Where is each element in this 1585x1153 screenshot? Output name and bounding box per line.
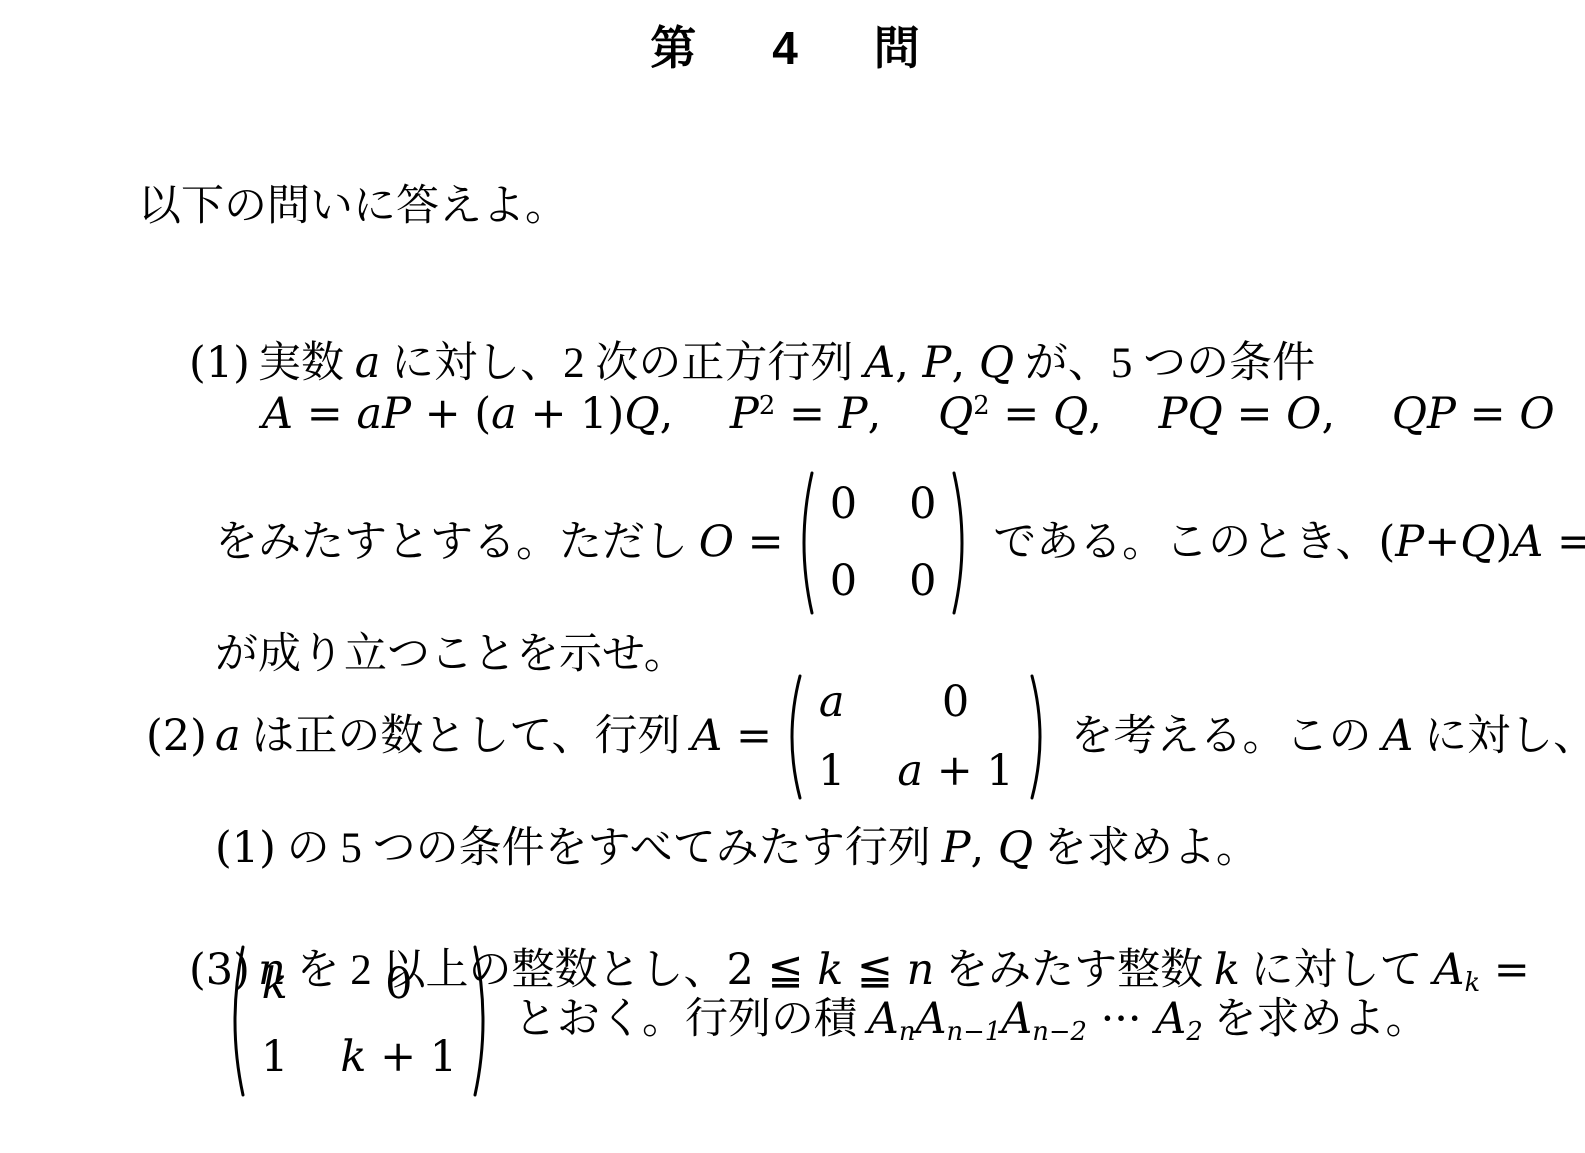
text-run-r: 0: [385, 959, 412, 1009]
text-run-i: A: [262, 389, 293, 439]
text-run-jp: である。このとき、: [982, 519, 1378, 566]
matrix-cell: 0: [385, 963, 412, 1006]
text-run-jp: 以下の問いに答えよ。: [138, 183, 568, 230]
matrix-cell: 0: [942, 681, 969, 724]
text-run-i: a: [355, 338, 381, 388]
item-2-label: (2): [146, 710, 215, 764]
text-run-i: A: [1433, 945, 1464, 995]
text-run-i: k: [340, 1032, 366, 1082]
text-run-r: +: [1424, 517, 1460, 567]
text-run-i: Q: [979, 338, 1014, 388]
matrix-cell: 0: [909, 483, 936, 526]
text-run-i: k: [262, 959, 288, 1009]
text-run-i: a: [819, 677, 845, 727]
text-run-sub: n−2: [1032, 1017, 1087, 1047]
text-run-i: A: [868, 994, 899, 1044]
text-run-sub: k: [1464, 968, 1480, 998]
text-run-jp: を求めよ。: [1033, 825, 1259, 872]
matrix-Ak: k 0 1 k + 1: [223, 942, 495, 1100]
text-run-i: A: [1001, 994, 1032, 1044]
text-run-i: Q: [938, 389, 973, 439]
text-run-sub: n−1: [947, 1017, 1002, 1047]
text-run-i: aP: [356, 389, 411, 439]
item-2-line: (2) a は正の数として、行列 A = a 0 1 a + 1 を考える。この…: [146, 668, 1585, 806]
matrix-cell: 1: [261, 1036, 288, 1079]
text-run-i: A: [691, 711, 722, 761]
text-run-sub: n: [899, 1017, 916, 1047]
text-run-r: =: [1480, 945, 1530, 995]
conditions-equation: A = aP + (a + 1)Q, P2 = P, Q2 = Q, PQ = …: [262, 388, 1555, 442]
text-run-r: + 1: [923, 746, 1014, 796]
text-run-r: 0: [909, 479, 936, 529]
text-run-r: ): [1495, 517, 1512, 567]
text-run-i: PQ: [1159, 389, 1223, 439]
text-run-i: P: [942, 823, 971, 873]
text-run-r: ,: [895, 338, 922, 388]
text-run-i: a: [491, 389, 517, 439]
text-run-jp: をみたすとする。ただし: [215, 519, 699, 566]
text-run-i: O: [1286, 389, 1321, 439]
text-run-i: Q: [1460, 517, 1495, 567]
text-run-r: ,: [660, 389, 730, 439]
text-run-i: A: [864, 338, 895, 388]
text-run-r: + 1: [366, 1032, 457, 1082]
matrix-cell: 0: [909, 560, 936, 603]
matrix-cell: k + 1: [340, 1036, 457, 1079]
text-run-r: ···: [1087, 994, 1155, 1044]
text-run-r: 0: [909, 556, 936, 606]
page-title: 第 4 問: [0, 12, 1585, 78]
item-2-second-line: (1) の 5 つの条件をすべてみたす行列 P, Q を求めよ。: [215, 822, 1259, 876]
intro-text: 以下の問いに答えよ。: [138, 180, 568, 234]
text-run-i: A: [1382, 711, 1413, 761]
text-run-i: P: [730, 389, 759, 439]
text-run-i: Q: [998, 823, 1033, 873]
text-run-i: Q: [1053, 389, 1088, 439]
matrix-O: 0 0 0 0: [792, 468, 975, 618]
text-run-jp: が、5 つの条件: [1014, 340, 1315, 387]
text-run-jp: を求めよ。: [1203, 996, 1429, 1043]
matrix-cell: 0: [830, 483, 857, 526]
text-run-r: 0: [942, 677, 969, 727]
text-run-r: ,: [1321, 389, 1391, 439]
text-run-i: Q: [624, 389, 659, 439]
matrix-cell: 1: [818, 750, 845, 793]
text-run-sup: 2: [973, 391, 989, 421]
text-run-sup: 2: [759, 391, 775, 421]
text-run-jp: に対し、: [1413, 713, 1585, 760]
matrix-A-grid: a 0 1 a + 1: [804, 681, 1028, 793]
item-1-matrix-line-post: である。このとき、(P+Q)A = A: [982, 516, 1585, 570]
text-run-i: QP: [1392, 389, 1456, 439]
item-2-line-post: を考える。この A に対し、: [1060, 710, 1585, 764]
item-1-head-text: 実数 a に対し、2 次の正方行列 A, P, Q が、5 つの条件: [258, 340, 1315, 387]
matrix-cell: 0: [830, 560, 857, 603]
matrix-right-paren-icon: [950, 468, 974, 618]
text-run-r: (: [1378, 517, 1395, 567]
text-run-jp: 実数: [258, 340, 355, 387]
matrix-Ak-grid: k 0 1 k + 1: [247, 963, 471, 1079]
item-3-matrix-line-post: とおく。行列の積 AnAn−1An−2 ··· A2 を求めよ。: [503, 993, 1428, 1048]
text-run-r: =: [1456, 389, 1519, 439]
text-run-r: =: [1543, 517, 1585, 567]
exam-page: 第 4 問 以下の問いに答えよ。 (1)実数 a に対し、2 次の正方行列 A,…: [0, 0, 1585, 1153]
item-1-matrix-line-pre: をみたすとする。ただし O =: [215, 516, 784, 570]
matrix-O-grid: 0 0 0 0: [816, 483, 951, 603]
text-run-r: =: [734, 517, 784, 567]
item-1-label: (1): [189, 337, 258, 391]
item-3-matrix-line: k 0 1 k + 1 とおく。行列の積 AnAn−1An−2 ··· A2 を…: [215, 942, 1429, 1100]
text-run-jp: を考える。この: [1060, 713, 1383, 760]
text-run-i: A: [1512, 517, 1543, 567]
text-run-r: 1: [818, 746, 845, 796]
text-run-jp: は正の数として、行列: [241, 713, 692, 760]
text-run-r: =: [1223, 389, 1286, 439]
text-run-jp: に対し、2 次の正方行列: [380, 340, 864, 387]
text-run-r: (1): [215, 823, 276, 873]
text-run-r: + 1): [517, 389, 625, 439]
matrix-left-paren-icon: [792, 468, 816, 618]
text-run-r: 1: [261, 1032, 288, 1082]
matrix-right-paren-icon: [1028, 671, 1052, 803]
matrix-cell: a + 1: [897, 750, 1013, 793]
text-run-i: A: [915, 994, 946, 1044]
text-run-i: P: [839, 389, 868, 439]
text-run-r: =: [990, 389, 1053, 439]
text-run-r: =: [293, 389, 356, 439]
item-2-line-pre: a は正の数として、行列 A =: [215, 710, 772, 764]
text-run-r: 0: [830, 556, 857, 606]
text-run-jp: の 5 つの条件をすべてみたす行列: [276, 825, 942, 872]
matrix-left-paren-icon: [780, 671, 804, 803]
matrix-A: a 0 1 a + 1: [780, 671, 1052, 803]
text-run-i: a: [897, 746, 923, 796]
text-run-r: 0: [830, 479, 857, 529]
matrix-left-paren-icon: [223, 942, 247, 1100]
text-run-r: ,: [971, 823, 998, 873]
text-run-r: + (: [411, 389, 491, 439]
text-run-i: O: [1519, 389, 1554, 439]
text-run-i: A: [1155, 994, 1186, 1044]
text-run-r: =: [775, 389, 838, 439]
text-run-r: =: [722, 711, 772, 761]
text-run-r: ,: [868, 389, 938, 439]
item-1-matrix-line: をみたすとする。ただし O = 0 0 0 0 である。このとき、(P+Q)A …: [215, 465, 1585, 621]
matrix-right-paren-icon: [471, 942, 495, 1100]
text-run-i: O: [699, 517, 734, 567]
text-run-i: P: [1395, 517, 1424, 567]
matrix-cell: k: [262, 963, 288, 1006]
text-run-r: ,: [951, 338, 978, 388]
text-run-i: P: [923, 338, 952, 388]
text-run-sub: 2: [1186, 1017, 1202, 1047]
text-run-jp: とおく。行列の積: [503, 996, 868, 1043]
text-run-r: ,: [1088, 389, 1158, 439]
matrix-cell: a: [819, 681, 845, 724]
text-run-i: a: [215, 711, 241, 761]
